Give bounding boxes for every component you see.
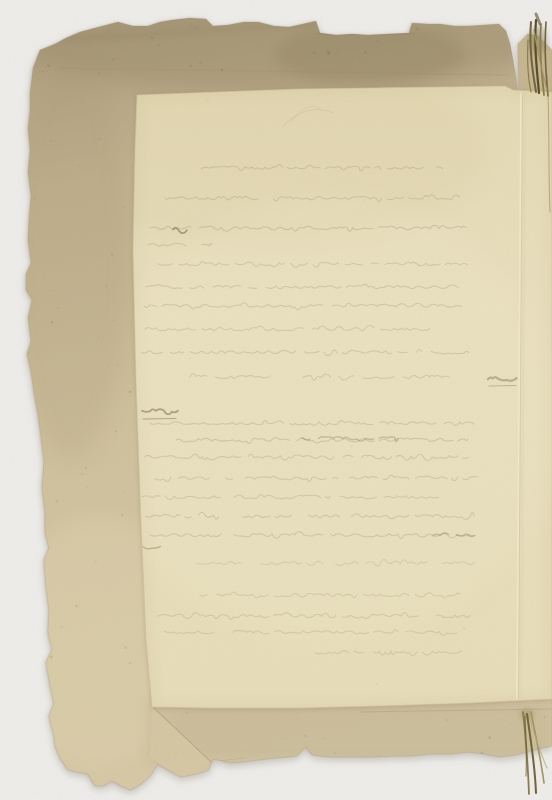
scanned-document-image: [0, 0, 552, 800]
scan-root: [0, 0, 552, 800]
scan-grain-overlay: [0, 0, 552, 800]
